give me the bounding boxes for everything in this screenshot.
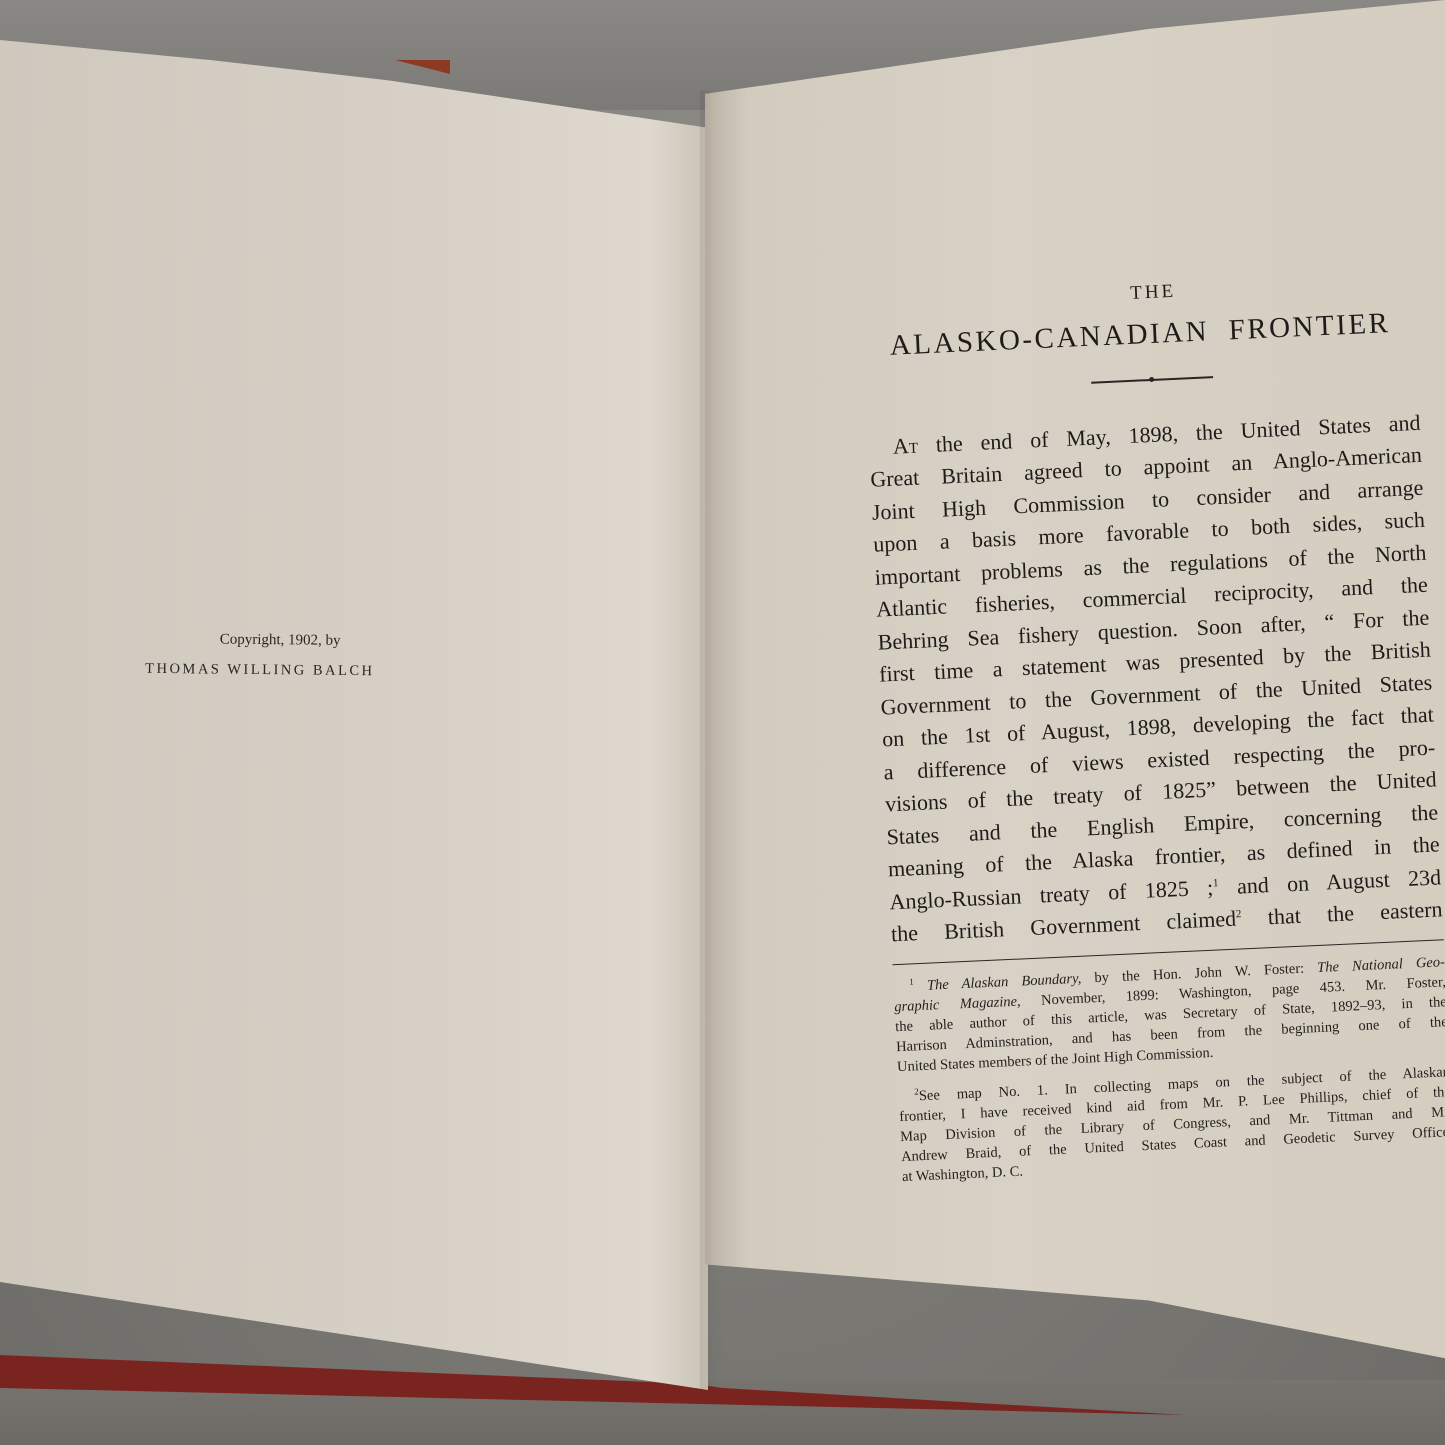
author-name: THOMAS WILLING BALCH xyxy=(110,660,410,680)
dropcap-word: At xyxy=(892,432,918,458)
footnote-marker: 1 xyxy=(909,977,914,987)
copyright-line: Copyright, 1902, by xyxy=(150,631,410,651)
left-page xyxy=(0,40,708,1390)
body-paragraph: At the end of May, 1898, the United Stat… xyxy=(868,406,1443,951)
book-gutter xyxy=(700,90,726,1390)
title-ornament-rule xyxy=(1091,376,1213,383)
copyright-notice: Copyright, 1902, by THOMAS WILLING BALCH xyxy=(110,630,410,680)
chapter-content: THE ALASKO-CANADIAN FRONTIER At the end … xyxy=(862,270,1445,1187)
chapter-title: ALASKO-CANADIAN FRONTIER xyxy=(864,306,1417,364)
footnotes: 1 The Alaskan Boundary, by the Hon. John… xyxy=(893,952,1445,1187)
